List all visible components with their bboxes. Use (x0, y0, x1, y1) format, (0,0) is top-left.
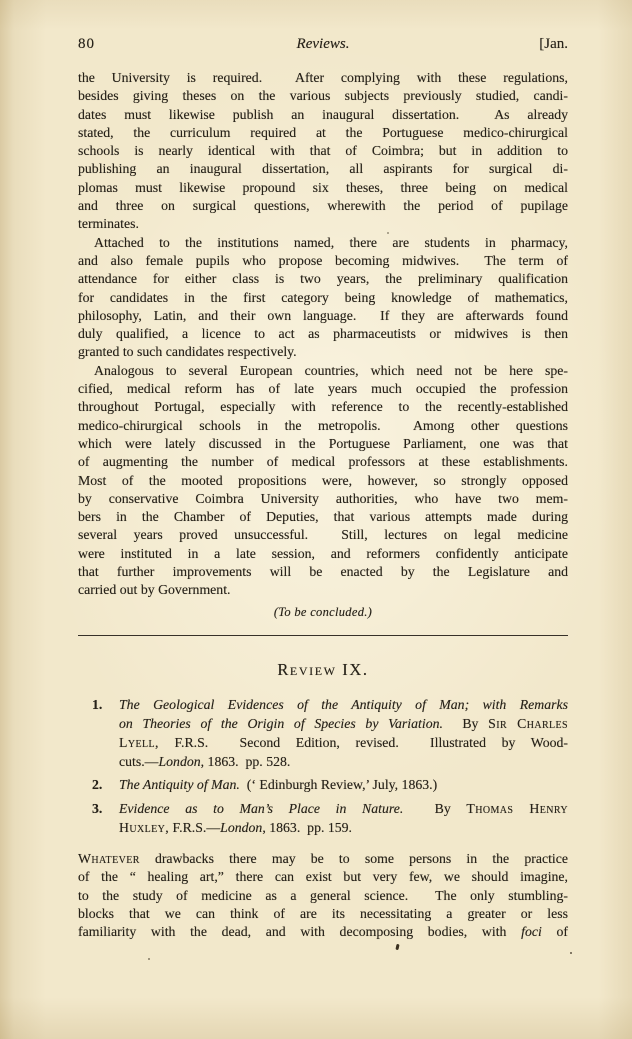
text-line: bers in the Chamber of Deputies, that va… (78, 508, 568, 526)
text-line: that further improvements will be enacte… (78, 563, 568, 581)
article-paragraph: Analogous to several European countries,… (78, 362, 568, 600)
text-line: duly qualified, a licence to act as phar… (78, 325, 568, 343)
text-line: blocks that we can think of are its nece… (78, 905, 568, 923)
text-line: Attached to the institutions named, ther… (78, 234, 568, 252)
text-line: Evidence as to Man’s Place in Nature. By… (119, 799, 568, 818)
text-line: Huxley, F.R.S.—London, 1863. pp. 159. (119, 818, 568, 837)
section-divider-rule (78, 635, 568, 636)
page-number: 80 (78, 36, 198, 53)
text-line: publishing an inaugural dissertation, al… (78, 160, 568, 178)
text-line: throughout Portugal, especially with ref… (78, 398, 568, 416)
review-opening-paragraph: Whatever drawbacks there may be to some … (78, 850, 568, 941)
text-line: to the study of medicine as a general sc… (78, 887, 568, 905)
bibliography-item: 1. The Geological Evidences of the Antiq… (92, 695, 568, 772)
bibliography-item: 3. Evidence as to Man’s Place in Nature.… (92, 799, 568, 837)
text-line: schools is nearly identical with that of… (78, 142, 568, 160)
text-line: attendance for either class is two years… (78, 270, 568, 288)
text-line: and three on surgical questions, wherewi… (78, 197, 568, 215)
ink-speck (570, 952, 572, 954)
bibliography-item-number: 3. (92, 799, 102, 818)
issue-label: [Jan. (448, 36, 568, 53)
text-line: The Geological Evidences of the Antiquit… (119, 695, 568, 714)
text-line: The Antiquity of Man. (‘ Edinburgh Revie… (119, 775, 568, 794)
text-line: of augmenting the number of medical prof… (78, 453, 568, 471)
text-line: for candidates in the first category bei… (78, 289, 568, 307)
text-line: and also female pupils who propose becom… (78, 252, 568, 270)
text-line: of the “ healing art,” there can exist b… (78, 868, 568, 886)
continuation-note: (To be concluded.) (78, 605, 568, 620)
article-paragraph: Attached to the institutions named, ther… (78, 234, 568, 362)
text-line: several years proved unsuccessful. Still… (78, 526, 568, 544)
text-line: by conservative Coimbra University autho… (78, 490, 568, 508)
page-header: 80 Reviews. [Jan. (78, 36, 568, 53)
text-line: Lyell, F.R.S. Second Edition, revised. I… (119, 733, 568, 752)
bibliography-item-text: The Antiquity of Man. (‘ Edinburgh Revie… (119, 775, 568, 794)
ink-speck (387, 232, 389, 234)
text-line: on Theories of the Origin of Species by … (119, 714, 568, 733)
text-line: Whatever drawbacks there may be to some … (78, 850, 568, 868)
bibliography-item-text: The Geological Evidences of the Antiquit… (119, 695, 568, 772)
scanned-journal-page: { "page_header": { "page_number": "80", … (0, 0, 632, 1039)
text-line: dates must likewise publish an inaugural… (78, 106, 568, 124)
bibliography-list: 1. The Geological Evidences of the Antiq… (92, 695, 568, 837)
review-heading: Review IX. (78, 660, 568, 680)
text-line: cuts.—London, 1863. pp. 528. (119, 752, 568, 771)
text-line: terminates. (78, 215, 568, 233)
text-line: the University is required. After comply… (78, 69, 568, 87)
running-title: Reviews. (198, 36, 448, 53)
text-line: granted to such candidates respectively. (78, 343, 568, 361)
text-line: familiarity with the dead, and with deco… (78, 923, 568, 941)
article-paragraph: the University is required. After comply… (78, 69, 568, 234)
text-line: plomas must likewise propound six theses… (78, 179, 568, 197)
bibliography-item: 2. The Antiquity of Man. (‘ Edinburgh Re… (92, 775, 568, 794)
bibliography-item-number: 1. (92, 695, 102, 714)
bibliography-item-text: Evidence as to Man’s Place in Nature. By… (119, 799, 568, 837)
ink-speck (395, 944, 399, 950)
text-line: medico-chirurgical schools in the metrop… (78, 417, 568, 435)
text-line: besides giving theses on the various sub… (78, 87, 568, 105)
text-line: Analogous to several European countries,… (78, 362, 568, 380)
bibliography-item-number: 2. (92, 775, 102, 794)
text-line: which were lately discussed in the Portu… (78, 435, 568, 453)
text-line: cified, medical reform has of late years… (78, 380, 568, 398)
text-line: stated, the curriculum required at the P… (78, 124, 568, 142)
text-line: Most of the mooted propositions were, ho… (78, 472, 568, 490)
text-line: were instituted in a late session, and r… (78, 545, 568, 563)
page-content: 80 Reviews. [Jan. the University is requ… (78, 36, 568, 942)
text-line: carried out by Government. (78, 581, 568, 599)
text-line: philosophy, Latin, and their own languag… (78, 307, 568, 325)
ink-speck (148, 958, 150, 960)
